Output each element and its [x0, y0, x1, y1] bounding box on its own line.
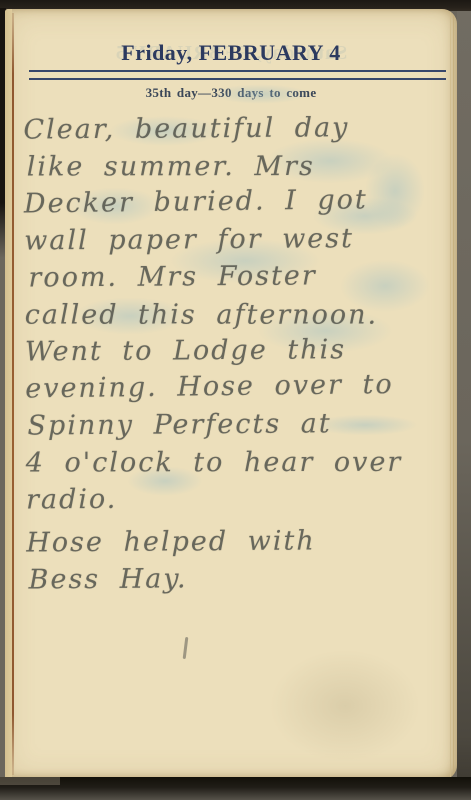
paper-stain — [245, 631, 445, 781]
date-title: Friday, FEBRUARY 4 — [5, 40, 457, 66]
entry-line: Hose helped with — [26, 522, 451, 562]
entry-line: Went to Lodge this — [25, 331, 450, 371]
entry-line: Clear, beautiful day — [23, 109, 448, 149]
page-stack-edge-left — [5, 9, 12, 780]
book-bottom-shadow — [0, 777, 471, 800]
day-count-subtitle: 35th day—330 days to come — [5, 85, 457, 101]
diary-page: Saturday, FEBRUARY 5 Friday, FEBRUARY 4 … — [5, 9, 457, 780]
binding-crease-line — [12, 13, 14, 775]
entry-line: radio. — [26, 479, 451, 519]
scanned-diary-photo: Saturday, FEBRUARY 5 Friday, FEBRUARY 4 … — [0, 0, 471, 800]
entry-handwriting: Clear, beautiful day like summer. Mrs De… — [23, 109, 451, 599]
entry-line: evening. Hose over to — [25, 365, 450, 407]
entry-line: Spinny Perfects at — [27, 405, 450, 445]
entry-line: room. Mrs Foster — [28, 257, 449, 297]
entry-line: like summer. Mrs — [27, 148, 449, 186]
scan-background-right — [457, 0, 471, 800]
stray-pencil-mark — [183, 637, 189, 659]
entry-line: Bess Hay. — [28, 559, 451, 599]
entry-line: Decker buried. I got — [24, 180, 449, 222]
page-stack-edge-right — [453, 15, 454, 774]
entry-line: wall paper for west — [24, 220, 449, 260]
header-double-rule — [29, 70, 446, 80]
underpage-edge — [0, 777, 60, 785]
entry-line: 4 o'clock to hear over — [26, 444, 451, 482]
entry-line: called this afternoon. — [25, 296, 450, 333]
